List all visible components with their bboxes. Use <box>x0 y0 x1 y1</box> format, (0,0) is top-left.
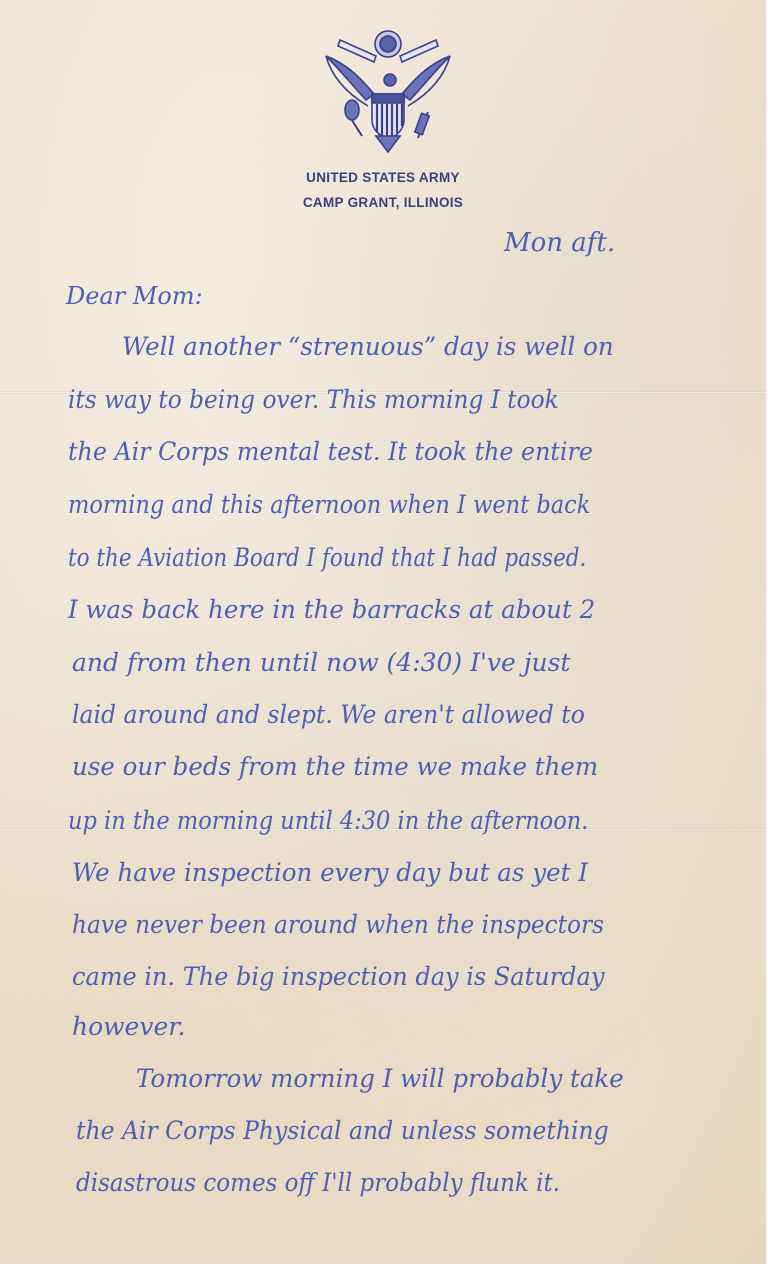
letter-line: morning and this afternoon when I went b… <box>68 490 590 519</box>
letter-line: its way to being over. This morning I to… <box>68 385 559 414</box>
letter-line: to the Aviation Board I found that I had… <box>68 543 586 572</box>
letterhead-location: CAMP GRANT, ILLINOIS <box>0 195 766 210</box>
eagle-emblem-icon <box>318 28 458 158</box>
letter-line: however. <box>72 1012 185 1041</box>
letter-line: disastrous comes off I'll probably flunk… <box>76 1168 560 1197</box>
letter-line: We have inspection every day but as yet … <box>72 858 588 887</box>
letter-line: Tomorrow morning I will probably take <box>136 1064 624 1093</box>
letter-line: I was back here in the barracks at about… <box>68 595 595 624</box>
letter-line: have never been around when the inspecto… <box>72 910 604 939</box>
letterhead-organization: UNITED STATES ARMY <box>0 170 766 185</box>
letter-page: UNITED STATES ARMY CAMP GRANT, ILLINOIS … <box>0 0 766 1264</box>
letter-line: came in. The big inspection day is Satur… <box>72 962 604 991</box>
letter-salutation: Dear Mom: <box>66 282 203 310</box>
letter-line: use our beds from the time we make them <box>72 752 598 781</box>
letter-line: Well another “strenuous” day is well on <box>122 332 614 361</box>
letter-line: the Air Corps mental test. It took the e… <box>68 437 593 466</box>
letter-line: up in the morning until 4:30 in the afte… <box>68 806 588 835</box>
letter-line: laid around and slept. We aren't allowed… <box>72 700 585 729</box>
letter-date: Mon aft. <box>504 228 615 258</box>
letter-line: and from then until now (4:30) I've just <box>72 648 570 677</box>
letter-line: the Air Corps Physical and unless someth… <box>76 1116 609 1145</box>
